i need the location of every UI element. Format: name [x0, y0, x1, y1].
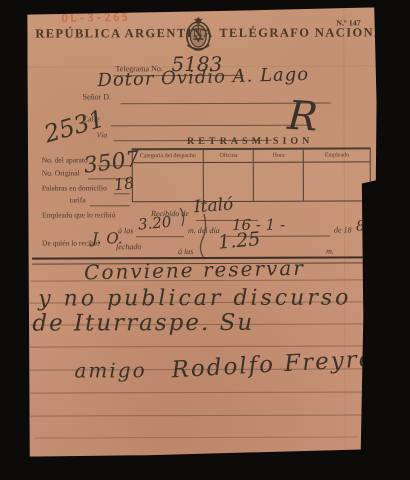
message-line-4: amigo	[74, 358, 146, 382]
dated-at-label: á las	[178, 247, 193, 256]
street-flourish-handwritten: R	[286, 93, 319, 141]
column-header: Hora	[254, 150, 303, 163]
received-at-label: á las	[118, 226, 133, 235]
ruled-line	[31, 391, 369, 393]
blank-line	[111, 124, 311, 127]
addressee-label: Señor D.	[83, 92, 111, 101]
received-time-handwritten: 3.20	[137, 213, 172, 234]
header-service: TELÉGRAFO NACIONAL	[219, 25, 394, 41]
column-header: Categoría del despacho	[133, 150, 203, 163]
dated-time-handwritten: 1.25	[217, 228, 261, 254]
clerk-field-label: Empleado que lo recibió	[42, 210, 116, 219]
ruled-line	[28, 345, 370, 347]
received-from-handwritten: Italó	[193, 195, 234, 218]
column-header: Empleado	[304, 149, 370, 162]
message-line-1: Conviene reservar	[84, 256, 305, 285]
words-count-handwritten: 18	[113, 173, 135, 194]
day-label: m. del día	[188, 226, 220, 235]
minutes-label: m.	[326, 247, 334, 256]
scanned-telegram-photo: { "stamp": { "text": "OL-3-265" }, "head…	[0, 0, 410, 480]
ruled-line	[35, 436, 359, 438]
message-line-3: de Iturraspe. Su	[32, 310, 254, 337]
apparatus-number-handwritten: 2531	[41, 104, 107, 148]
apparatus-field-label: No. del aparato	[42, 155, 88, 164]
dated-label: fechado	[116, 242, 141, 251]
blank-line	[136, 235, 184, 237]
tariff-field-label: tarifa	[70, 195, 86, 204]
retransmission-title: RETRASMISION	[132, 135, 369, 147]
original-field-label: No. Original	[42, 168, 80, 177]
retransmission-table: Categoría del despacho Oficina Hora Empl…	[132, 147, 371, 202]
message-line-2: y no publicar discurso	[38, 285, 351, 311]
blank-line	[98, 164, 130, 166]
year-label: de 18	[334, 225, 352, 234]
archive-stamp: OL-3-265	[61, 11, 130, 25]
telegram-form-paper: OL-3-265 REPÚBLICA ARGENTINA TELÉGRAFO N…	[25, 7, 379, 456]
form-number: N.º 147	[336, 18, 360, 27]
column-header: Oficina	[204, 150, 253, 163]
year-handwritten: 8	[356, 218, 365, 234]
words-field-label: Palabras en domicilio	[42, 183, 107, 192]
ruled-line	[31, 414, 367, 416]
blank-line	[90, 204, 130, 206]
